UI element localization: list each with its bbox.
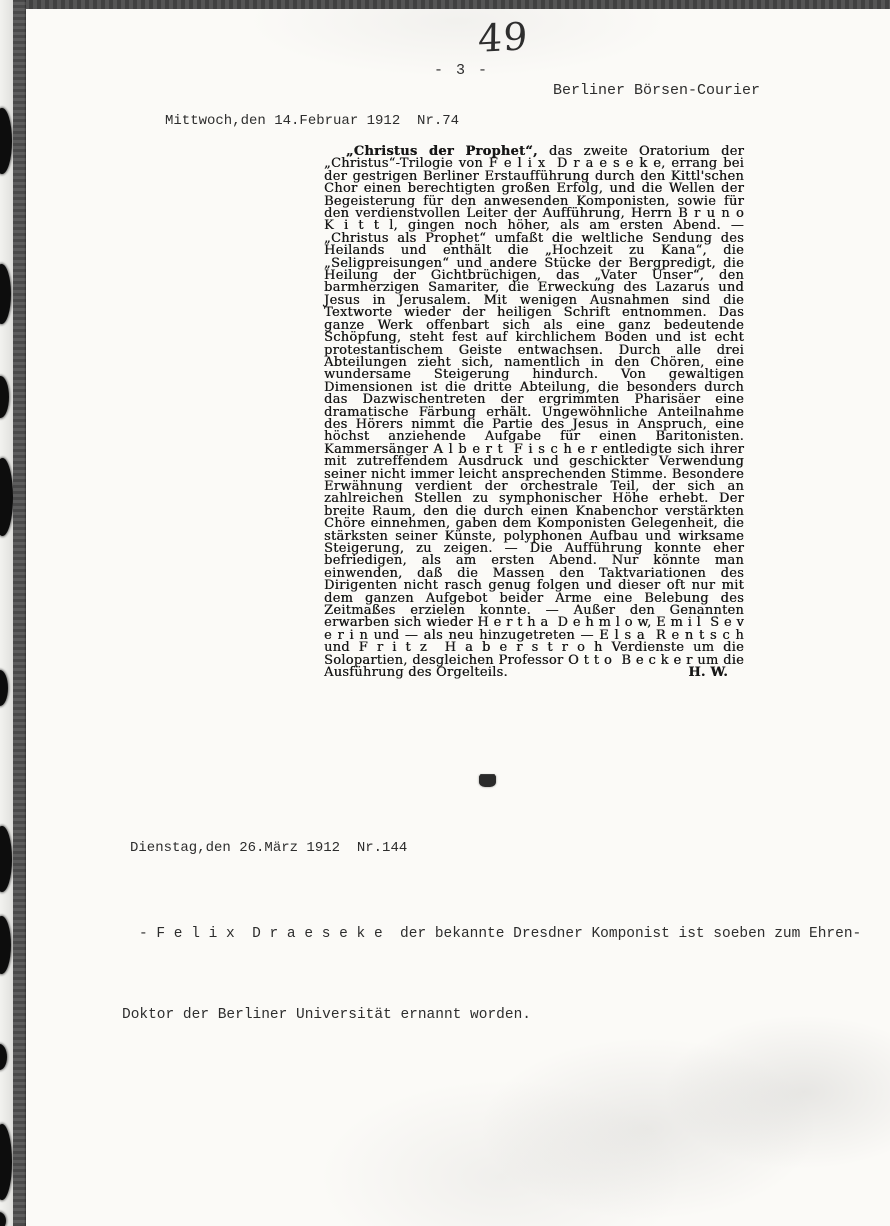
note-line-1: - F e l i x D r a e s e k e der bekannte… — [122, 921, 861, 948]
newspaper-source-title: Berliner Börsen-Courier — [553, 82, 760, 99]
typed-page-number: - 3 - — [434, 62, 489, 79]
dateline-entry-1: Mittwoch,den 14.Februar 1912 Nr.74 — [165, 113, 459, 129]
newspaper-clipping-article: „Christus der Prophet“, das zweite Orato… — [324, 146, 744, 679]
dateline-entry-2: Dienstag,den 26.März 1912 Nr.144 — [130, 840, 407, 856]
article-body-text: das zweite Oratorium der „Christus“-Tril… — [324, 144, 753, 680]
note-line-2: Doktor der Berliner Universität ernannt … — [122, 1002, 861, 1029]
scanned-archive-page: 49 - 3 - Berliner Börsen-Courier Mittwoc… — [0, 0, 890, 1226]
printer-ornament-icon — [479, 775, 496, 787]
scan-frame-top-bar — [13, 0, 890, 9]
page-edge-strip — [0, 0, 14, 1226]
article-paragraph: „Christus der Prophet“, das zweite Orato… — [324, 146, 744, 679]
paper-sheet: 49 - 3 - Berliner Börsen-Courier Mittwoc… — [26, 9, 890, 1226]
handwritten-page-number: 49 — [478, 13, 549, 61]
typed-note: - F e l i x D r a e s e k e der bekannte… — [122, 867, 861, 1083]
scan-frame-left-bar — [13, 0, 26, 1226]
